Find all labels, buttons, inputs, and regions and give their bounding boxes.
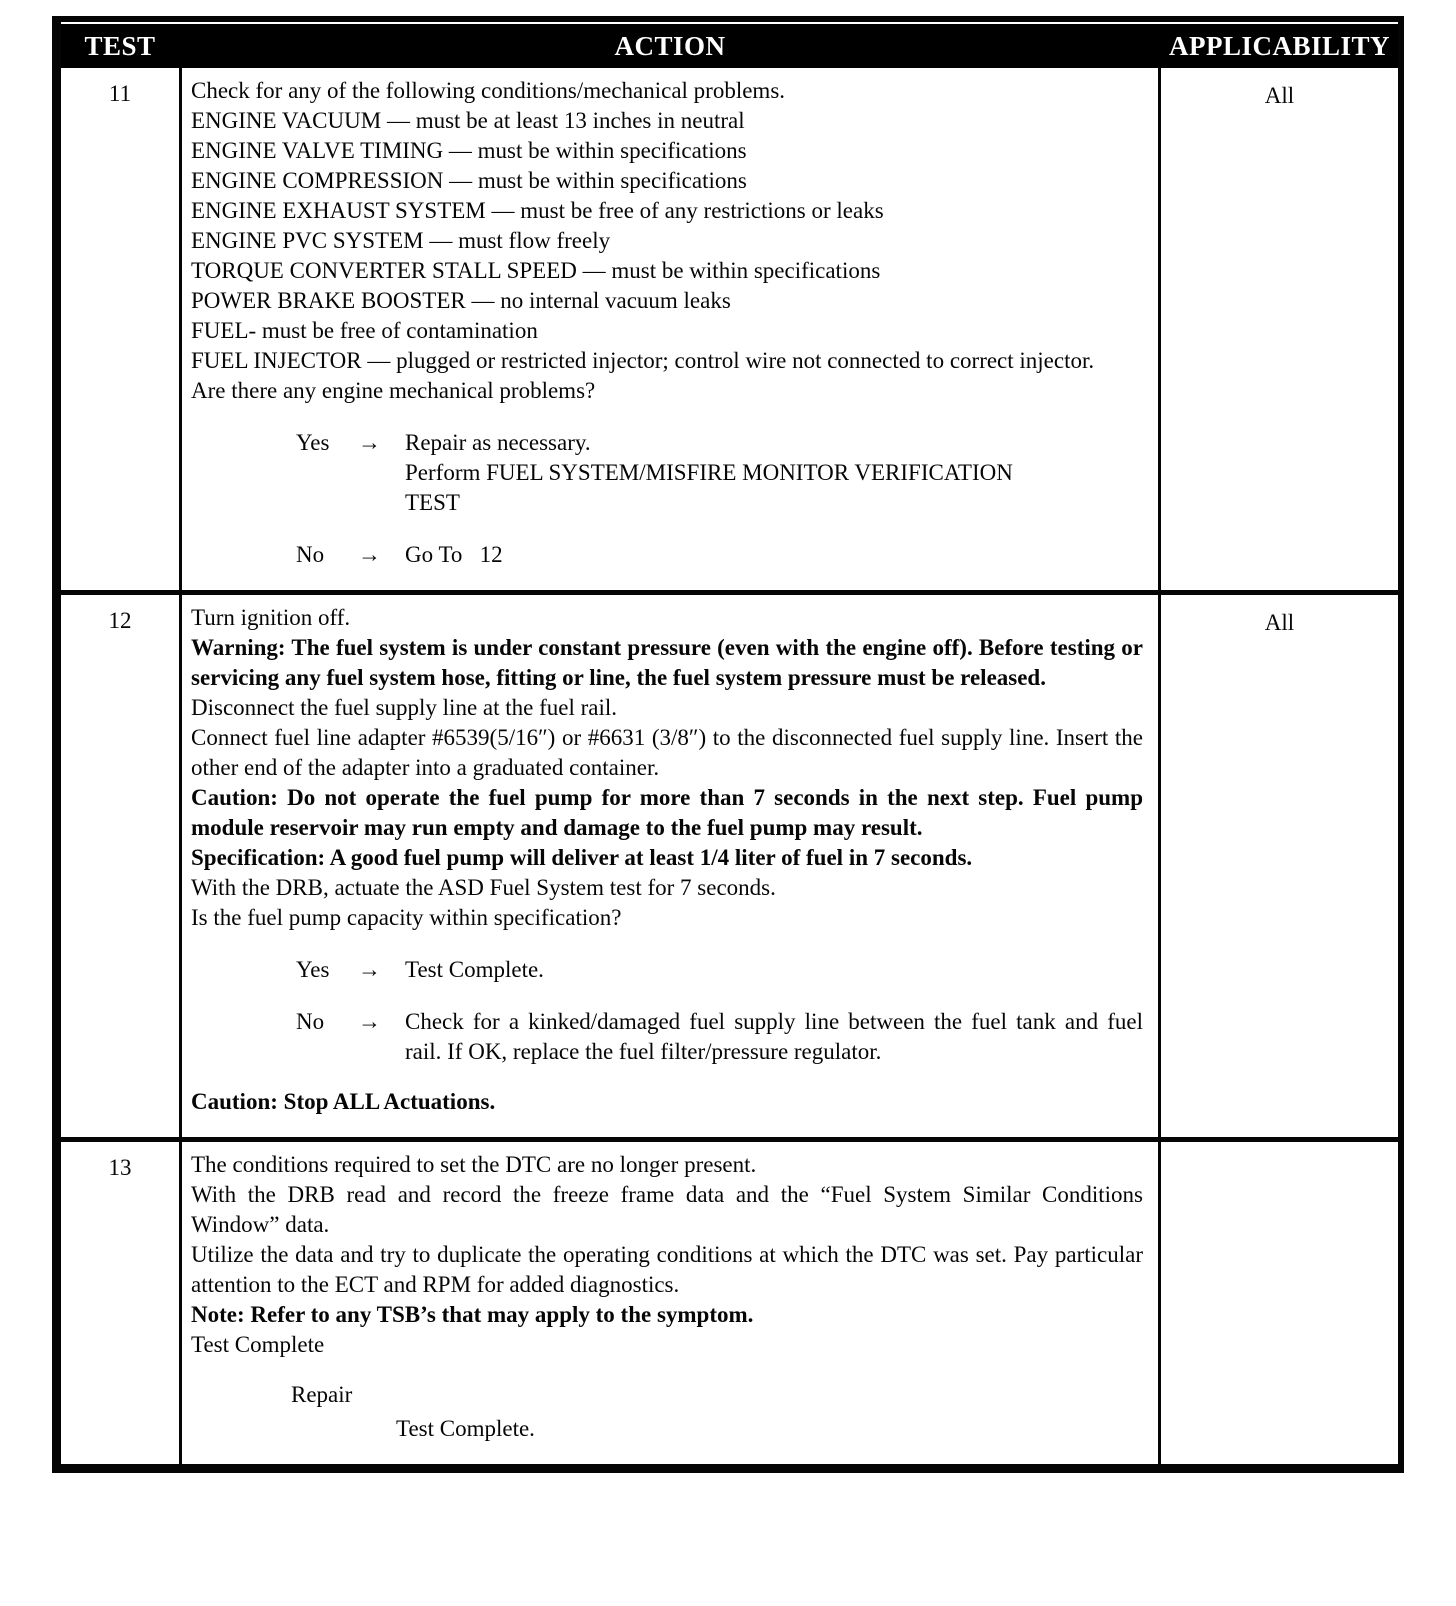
action-paragraph: With the DRB, actuate the ASD Fuel Syste…	[191, 873, 1143, 903]
action-cell: The conditions required to set the DTC a…	[179, 1137, 1161, 1464]
applicability-cell	[1161, 1137, 1398, 1464]
arrow-right-icon: →	[358, 1007, 405, 1067]
action-paragraph: Caution: Do not operate the fuel pump fo…	[191, 783, 1143, 843]
table-row: 13The conditions required to set the DTC…	[61, 1137, 1398, 1464]
column-header-applicability: APPLICABILITY	[1161, 22, 1398, 68]
test-number-cell: 12	[61, 590, 179, 1137]
action-paragraph: ENGINE VACUUM — must be at least 13 inch…	[191, 106, 1143, 136]
action-paragraph: FUEL- must be free of contamination	[191, 316, 1143, 346]
decision-result-line: TEST	[405, 488, 1143, 518]
decision-result: Repair as necessary.Perform FUEL SYSTEM/…	[405, 428, 1143, 518]
decision-label: Yes	[296, 955, 358, 985]
arrow-right-icon: →	[358, 428, 405, 518]
decision-result-line: Test Complete.	[405, 955, 1143, 985]
action-paragraph: ENGINE EXHAUST SYSTEM — must be free of …	[191, 196, 1143, 226]
decision-result: Test Complete.	[405, 955, 1143, 985]
action-paragraph: Caution: Stop ALL Actuations.	[191, 1087, 1143, 1117]
decision-row: Yes→Test Complete.	[191, 955, 1143, 985]
test-number-cell: 13	[61, 1137, 179, 1464]
decision-row: No→Check for a kinked/damaged fuel suppl…	[191, 1007, 1143, 1067]
action-paragraph: The conditions required to set the DTC a…	[191, 1150, 1143, 1180]
decision-label: Yes	[296, 428, 358, 518]
action-paragraph: Utilize the data and try to duplicate th…	[191, 1240, 1143, 1300]
action-paragraph: Disconnect the fuel supply line at the f…	[191, 693, 1143, 723]
decision-label: No	[296, 1007, 358, 1067]
decision-result-line: Check for a kinked/damaged fuel supply l…	[405, 1007, 1143, 1067]
action-paragraph: ENGINE VALVE TIMING — must be within spe…	[191, 136, 1143, 166]
table-row: 11Check for any of the following conditi…	[61, 68, 1398, 590]
decision-row: No→Go To 12	[191, 540, 1143, 570]
decision-result: Check for a kinked/damaged fuel supply l…	[405, 1007, 1143, 1067]
arrow-right-icon: →	[358, 540, 405, 570]
action-paragraph: Is the fuel pump capacity within specifi…	[191, 903, 1143, 933]
action-cell: Check for any of the following condition…	[179, 68, 1161, 590]
action-paragraph: POWER BRAKE BOOSTER — no internal vacuum…	[191, 286, 1143, 316]
action-paragraph: Test Complete.	[191, 1414, 1143, 1444]
action-paragraph: Are there any engine mechanical problems…	[191, 376, 1143, 406]
scanned-manual-page: TEST ACTION APPLICABILITY 11Check for an…	[0, 0, 1456, 1473]
action-paragraph: ENGINE PVC SYSTEM — must flow freely	[191, 226, 1143, 256]
decision-result: Go To 12	[405, 540, 1143, 570]
decision-row: Yes→Repair as necessary.Perform FUEL SYS…	[191, 428, 1143, 518]
action-paragraph: Test Complete	[191, 1330, 1143, 1360]
action-paragraph: Note: Refer to any TSB’s that may apply …	[191, 1300, 1143, 1330]
action-cell: Turn ignition off.Warning: The fuel syst…	[179, 590, 1161, 1137]
table-header: TEST ACTION APPLICABILITY	[61, 22, 1398, 68]
diagnostic-test-table: TEST ACTION APPLICABILITY 11Check for an…	[52, 16, 1404, 1473]
applicability-cell: All	[1161, 68, 1398, 590]
decision-result-line: Perform FUEL SYSTEM/MISFIRE MONITOR VERI…	[405, 458, 1143, 488]
action-paragraph: Specification: A good fuel pump will del…	[191, 843, 1143, 873]
table-body: 11Check for any of the following conditi…	[61, 68, 1398, 1464]
decision-result-line: Repair as necessary.	[405, 428, 1143, 458]
action-paragraph: Repair	[191, 1380, 1143, 1410]
action-paragraph: With the DRB read and record the freeze …	[191, 1180, 1143, 1240]
action-paragraph: Turn ignition off.	[191, 603, 1143, 633]
decision-result-line: Go To 12	[405, 540, 1143, 570]
action-paragraph: Warning: The fuel system is under consta…	[191, 633, 1143, 693]
action-paragraph: Check for any of the following condition…	[191, 76, 1143, 106]
test-number-cell: 11	[61, 68, 179, 590]
action-paragraph: Connect fuel line adapter #6539(5/16″) o…	[191, 723, 1143, 783]
action-paragraph: TORQUE CONVERTER STALL SPEED — must be w…	[191, 256, 1143, 286]
action-paragraph: FUEL INJECTOR — plugged or restricted in…	[191, 346, 1143, 376]
action-paragraph: ENGINE COMPRESSION — must be within spec…	[191, 166, 1143, 196]
applicability-cell: All	[1161, 590, 1398, 1137]
column-header-action: ACTION	[179, 22, 1161, 68]
column-header-test: TEST	[61, 22, 179, 68]
table-row: 12Turn ignition off.Warning: The fuel sy…	[61, 590, 1398, 1137]
arrow-right-icon: →	[358, 955, 405, 985]
header-row: TEST ACTION APPLICABILITY	[61, 22, 1398, 68]
decision-label: No	[296, 540, 358, 570]
